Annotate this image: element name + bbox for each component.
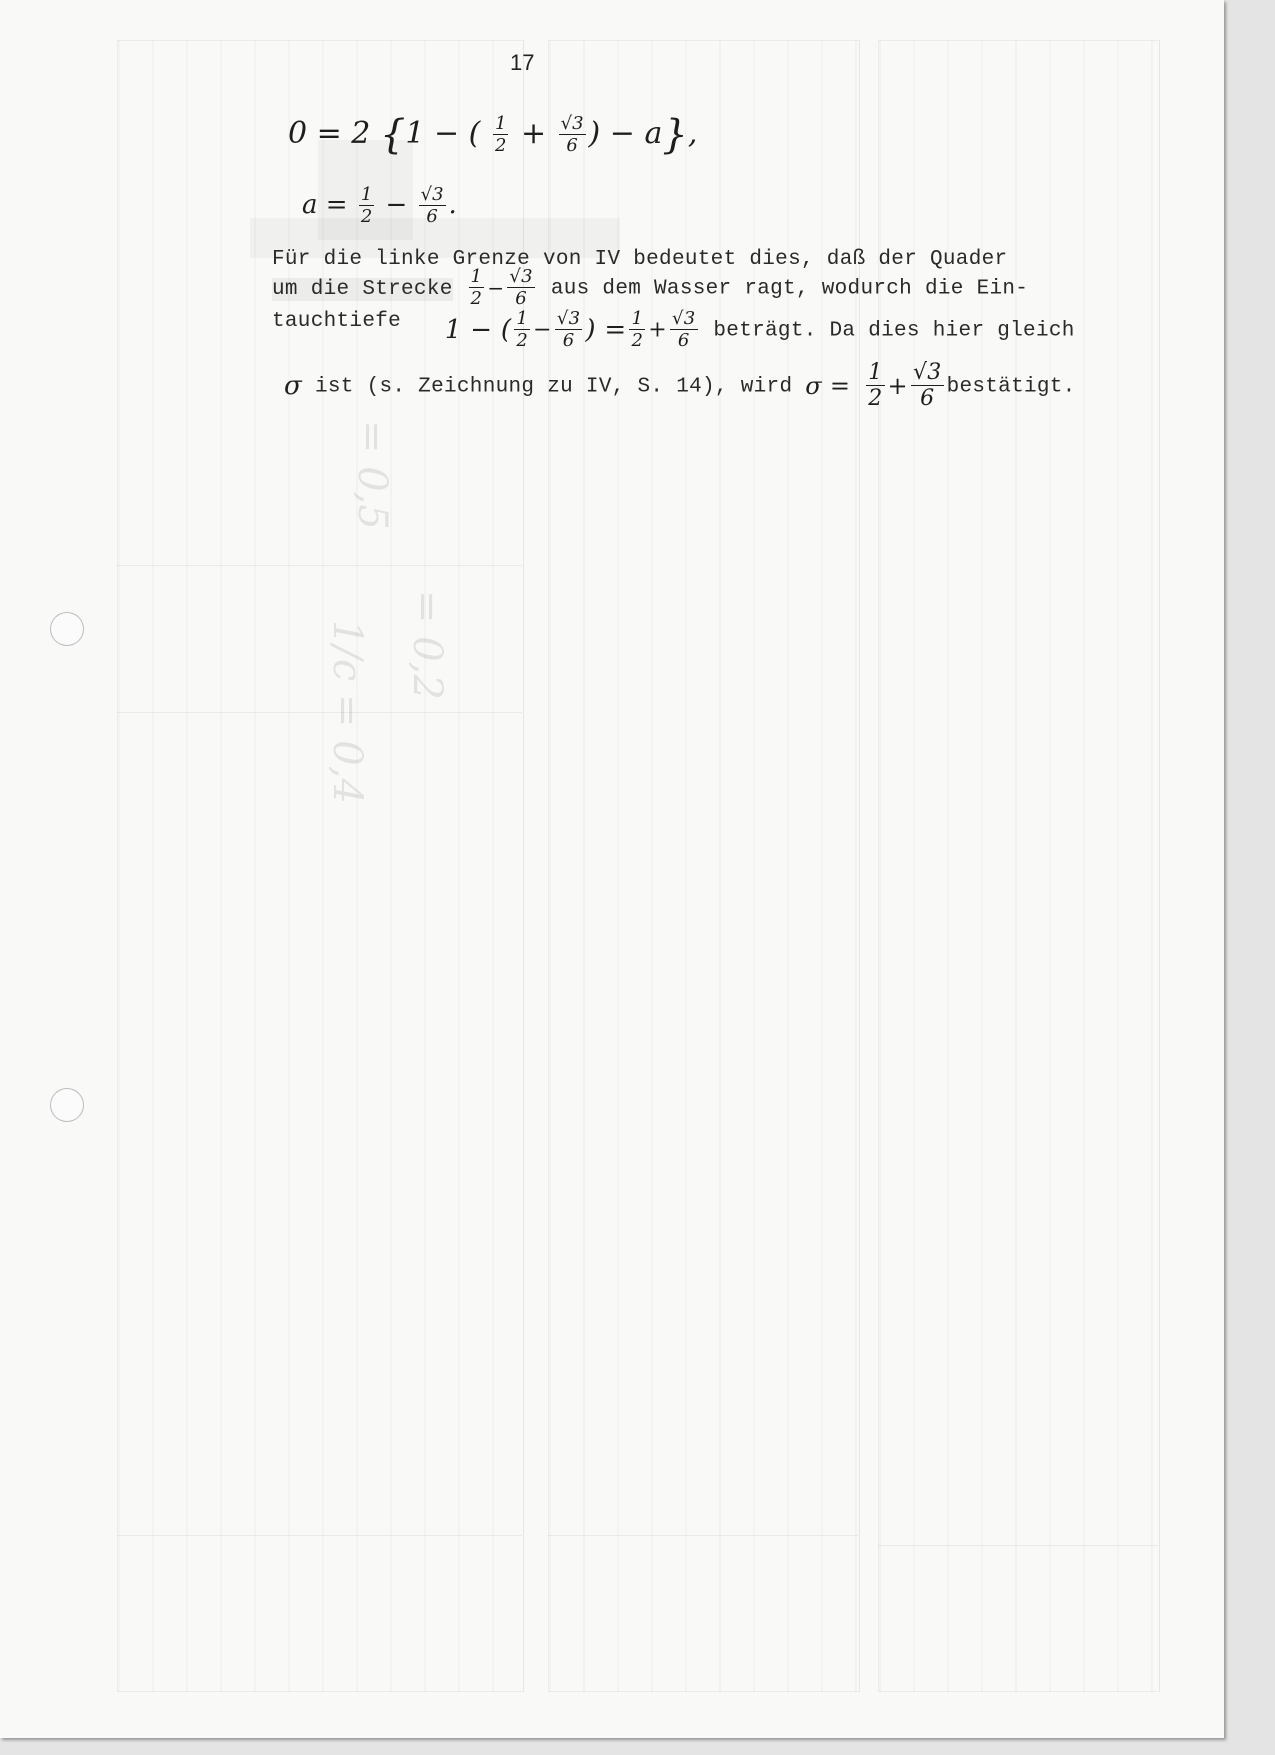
eq2-trail: .	[449, 190, 457, 220]
show-through-rule	[117, 1535, 522, 1536]
line4-sigma-equals: σ =	[805, 372, 850, 400]
line3-expr-prefix: 1 − (	[445, 315, 512, 345]
line4-text-b: bestätigt.	[947, 376, 1076, 399]
line3-fraction-half: 12	[514, 310, 530, 350]
paper-sheet: = 0,5 = 0,2 1/c = 0,4 17 0 = 2 {1 − ( 12…	[0, 0, 1224, 1738]
eq1-plus: +	[521, 116, 546, 151]
line2-fraction-half: 12	[469, 268, 485, 308]
paragraph-line-2: um die Strecke 12−√36 aus dem Wasser rag…	[272, 268, 1028, 308]
show-through-scribble: = 0,2	[404, 590, 450, 700]
eq1-term: 1 − (	[405, 116, 480, 151]
line4-fraction-sqrt3-6: √36	[911, 362, 944, 410]
line4-sigma: σ	[284, 371, 302, 401]
line3-text-b: beträgt. Da dies hier gleich	[713, 320, 1074, 343]
eq1-close: ) − a	[589, 116, 663, 151]
line2-minus: −	[487, 276, 504, 300]
show-through-scribble: = 0,5	[349, 420, 395, 530]
line4-fraction-half: 12	[866, 362, 884, 410]
equation-1: 0 = 2 {1 − ( 12 + √36) − a},	[288, 112, 697, 158]
line3-fraction-half-2: 12	[629, 310, 645, 350]
eq1-trail: ,	[688, 116, 698, 151]
page-number: 17	[510, 50, 534, 76]
line2-text-b: aus dem Wasser ragt, wodurch die Ein-	[551, 278, 1028, 301]
show-through-rule	[117, 565, 522, 566]
show-through-rule	[117, 712, 522, 713]
line3-fraction-sqrt3-6: √36	[555, 310, 583, 350]
punch-hole	[50, 1088, 84, 1122]
line4-text-a: ist (s. Zeichnung zu IV, S. 14), wird	[315, 376, 792, 399]
eq1-fraction-sqrt3-6: √36	[559, 115, 586, 155]
eq2-fraction-half: 12	[359, 186, 374, 226]
line3-minus: −	[533, 318, 552, 343]
line2-fraction-sqrt3-6: √36	[507, 268, 535, 308]
line3-fraction-sqrt3-6-2: √36	[670, 310, 698, 350]
eq1-fraction-half: 12	[493, 115, 508, 155]
eq1-lhs: 0 = 2	[288, 116, 370, 151]
show-through-scribble: 1/c = 0,4	[324, 620, 370, 804]
eq1-close-brace: }	[662, 112, 687, 158]
equation-2: a = 12 − √36.	[302, 186, 457, 226]
line4-plus: +	[888, 372, 908, 400]
punch-hole	[50, 612, 84, 646]
eq2-fraction-sqrt3-6: √36	[419, 186, 446, 226]
eq1-open-brace: {	[380, 112, 405, 158]
show-through-rule	[878, 1545, 1158, 1546]
show-through-rule	[548, 1535, 858, 1536]
eq2-lhs: a =	[302, 190, 348, 220]
paragraph-line-3: tauchtiefe 1 − (12−√36) =12+√36 beträgt.…	[272, 310, 1075, 350]
line2-text-a: um die Strecke	[272, 278, 453, 301]
eq2-minus: −	[386, 190, 408, 220]
line3-expr-mid: ) =	[585, 315, 626, 345]
paragraph-line-4: σ ist (s. Zeichnung zu IV, S. 14), wird …	[284, 362, 1076, 410]
line3-text-a: tauchtiefe	[272, 310, 401, 333]
line3-plus: +	[648, 318, 667, 343]
